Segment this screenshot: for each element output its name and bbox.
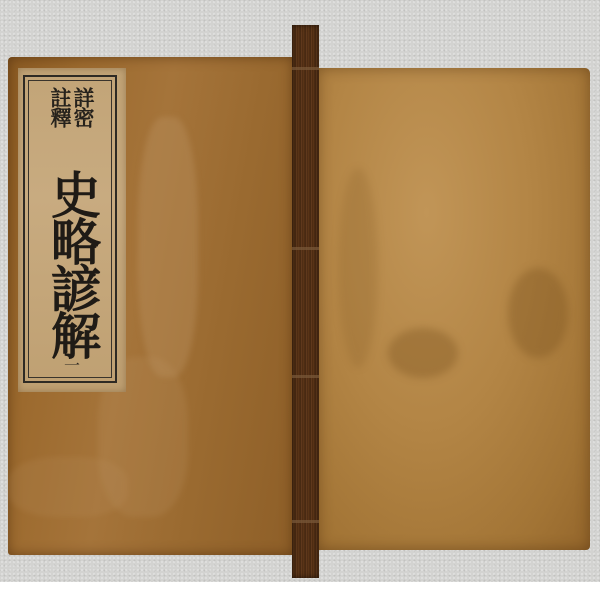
water-stain [8, 457, 128, 517]
binding-thread [292, 375, 319, 378]
title-label: 詳密 註釋 史略諺解 一 [18, 68, 126, 392]
subtitle-column-1: 詳密 [73, 87, 94, 127]
age-spot [338, 168, 378, 368]
age-spot [508, 268, 568, 358]
age-spot [388, 328, 458, 378]
binding-thread [292, 247, 319, 250]
binding-thread [292, 67, 319, 70]
label-frame: 詳密 註釋 史略諺解 一 [23, 75, 117, 383]
subtitle-column-2: 註釋 [50, 87, 71, 127]
back-cover [318, 68, 590, 550]
water-stain [138, 117, 198, 377]
book-spine [292, 25, 319, 578]
volume-number: 一 [25, 353, 119, 376]
subtitle: 詳密 註釋 [39, 87, 105, 127]
book-title: 史略諺解 [25, 169, 119, 357]
binding-thread [292, 520, 319, 523]
